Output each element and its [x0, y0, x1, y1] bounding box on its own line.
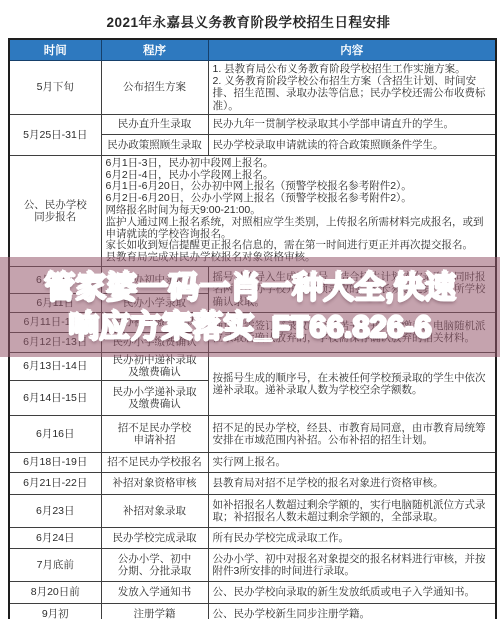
- table-row: 5月25日-31日 民办直升生录取 民办九年一贯制学校录取其小学部申请直升的学生…: [9, 114, 496, 134]
- procedure-cell: 民办初中缴费确认: [101, 312, 208, 332]
- content-cell: 所有民办学校完成录取工作。: [208, 527, 496, 548]
- content-cell: 招不足的民办学校，经县、市教育局同意，由市教育局统筹安排在市域范围内补招。公布补…: [208, 415, 496, 452]
- table-row: 9月初 注册学籍 公、民办学校新生同步注册学籍。: [9, 603, 496, 619]
- time-cell: 6月11日-12日: [9, 312, 101, 332]
- procedure-cell: 民办初中录取: [101, 266, 208, 293]
- content-cell: 公办小学、初中对报名对象提交的报名材料进行审核，并按附件3所安排的时间进行录取。: [208, 548, 496, 581]
- procedure-cell: 招不足民办学校报名: [101, 452, 208, 472]
- col-header-time: 时间: [9, 39, 101, 61]
- time-cell: 6月18日-19日: [9, 452, 101, 472]
- time-cell: 6月12日-13日: [9, 332, 101, 352]
- time-cell: 7月底前: [9, 548, 101, 581]
- content-cell: 摇号对象导入生成顺序号，结合招生计划依次录取。同时报名两所民办学校并均被预录取的…: [208, 266, 496, 312]
- table-row: 6月21日-22日 补招对象资格审核 县教育局对招不足学校的报名对象进行资格审核…: [9, 472, 496, 494]
- content-cell: 1. 县教育局公布义务教育阶段学校招生工作实施方案。 2. 义务教育阶段学校公布…: [208, 61, 496, 115]
- table-row: 8月20日前 发放入学通知书 公、民办学校向录取的新生发放纸质或电子入学通知书。: [9, 581, 496, 603]
- table-row: 6月23日 补招对象录取 如补招报名人数超过剩余学额的，实行电脑随机派位方式录取…: [9, 494, 496, 527]
- content-cell: 民办学校录取申请就读的符合政策照顾条件学生。: [208, 134, 496, 155]
- procedure-cell: 补招对象资格审核: [101, 472, 208, 494]
- time-cell: 6月24日: [9, 527, 101, 548]
- procedure-cell: 注册学籍: [101, 603, 208, 619]
- table-row: 5月下旬 公布招生方案 1. 县教育局公布义务教育阶段学校招生工作实施方案。 2…: [9, 61, 496, 115]
- page-title: 2021年永嘉县义务教育阶段学校招生日程安排: [0, 11, 497, 31]
- time-cell: 5月25日-31日: [9, 114, 101, 155]
- col-header-procedure: 程序: [101, 39, 208, 61]
- time-cell: 6月11日: [9, 293, 101, 312]
- procedure-cell: 民办小学递补录取 及缴费确认: [101, 380, 208, 415]
- content-cell: 确认时需签订《录取放弃承诺书》并完成缴费。电脑随机派位录取后确认放弃的，学校需保…: [208, 312, 496, 352]
- procedure-cell: 民办初中递补录取 及缴费确认: [101, 352, 208, 380]
- time-cell: 9月初: [9, 603, 101, 619]
- time-cell: 8月20日前: [9, 581, 101, 603]
- time-cell: 6月10日: [9, 266, 101, 293]
- procedure-cell: 招不足民办学校 申请补招: [101, 415, 208, 452]
- procedure-cell: 民办小学录取: [101, 293, 208, 312]
- table-row: 6月24日 民办学校完成录取 所有民办学校完成录取工作。: [9, 527, 496, 548]
- table-row: 7月底前 公办小学、初中 分期、分批录取 公办小学、初中对报名对象提交的报名材料…: [9, 548, 496, 581]
- procedure-cell: 补招对象录取: [101, 494, 208, 527]
- procedure-cell: 民办学校完成录取: [101, 527, 208, 548]
- procedure-cell: 民办直升生录取: [101, 114, 208, 134]
- time-cell: 公、民办学校 同步报名: [9, 155, 101, 266]
- table-row: 6月18日-19日 招不足民办学校报名 实行网上报名。: [9, 452, 496, 472]
- col-header-content: 内容: [208, 39, 496, 61]
- time-cell: 5月下旬: [9, 61, 101, 115]
- time-cell: 6月14日-15日: [9, 380, 101, 415]
- table-row: 6月16日 招不足民办学校 申请补招 招不足的民办学校，经县、市教育局同意，由市…: [9, 415, 496, 452]
- content-cell: 公、民办学校新生同步注册学籍。: [208, 603, 496, 619]
- table-row: 6月13日-14日 民办初中递补录取 及缴费确认 按摇号生成的顺序号，在未被任何…: [9, 352, 496, 380]
- content-cell: 民办九年一贯制学校录取其小学部申请直升的学生。: [208, 114, 496, 134]
- table-row: 6月11日-12日 民办初中缴费确认 确认时需签订《录取放弃承诺书》并完成缴费。…: [9, 312, 496, 332]
- time-cell: 6月16日: [9, 415, 101, 452]
- table-row: 公、民办学校 同步报名 6月1日-3日，民办初中段网上报名。 6月2日-4日，民…: [9, 155, 496, 266]
- time-cell: 6月23日: [9, 494, 101, 527]
- schedule-table: 时间 程序 内容 5月下旬 公布招生方案 1. 县教育局公布义务教育阶段学校招生…: [8, 38, 497, 619]
- content-cell: 实行网上报名。: [208, 452, 496, 472]
- header-row: 时间 程序 内容: [9, 39, 496, 61]
- procedure-cell: 公布招生方案: [101, 61, 208, 115]
- procedure-cell: 公办小学、初中 分期、分批录取: [101, 548, 208, 581]
- content-cell: 公、民办学校向录取的新生发放纸质或电子入学通知书。: [208, 581, 496, 603]
- content-cell: 6月1日-3日，民办初中段网上报名。 6月2日-4日，民办小学段网上报名。 6月…: [101, 155, 496, 266]
- time-cell: 6月21日-22日: [9, 472, 101, 494]
- content-cell: 按摇号生成的顺序号，在未被任何学校预录取的学生中依次递补录取。递补录取人数为学校…: [208, 352, 496, 415]
- procedure-cell: 发放入学通知书: [101, 581, 208, 603]
- table-row: 6月10日 民办初中录取 摇号对象导入生成顺序号，结合招生计划依次录取。同时报名…: [9, 266, 496, 293]
- content-cell: 如补招报名人数超过剩余学额的，实行电脑随机派位方式录取；补招报名人数未超过剩余学…: [208, 494, 496, 527]
- content-cell: 县教育局对招不足学校的报名对象进行资格审核。: [208, 472, 496, 494]
- procedure-cell: 民办小学缴费确认: [101, 332, 208, 352]
- time-cell: 6月13日-14日: [9, 352, 101, 380]
- procedure-cell: 民办政策照顾生录取: [101, 134, 208, 155]
